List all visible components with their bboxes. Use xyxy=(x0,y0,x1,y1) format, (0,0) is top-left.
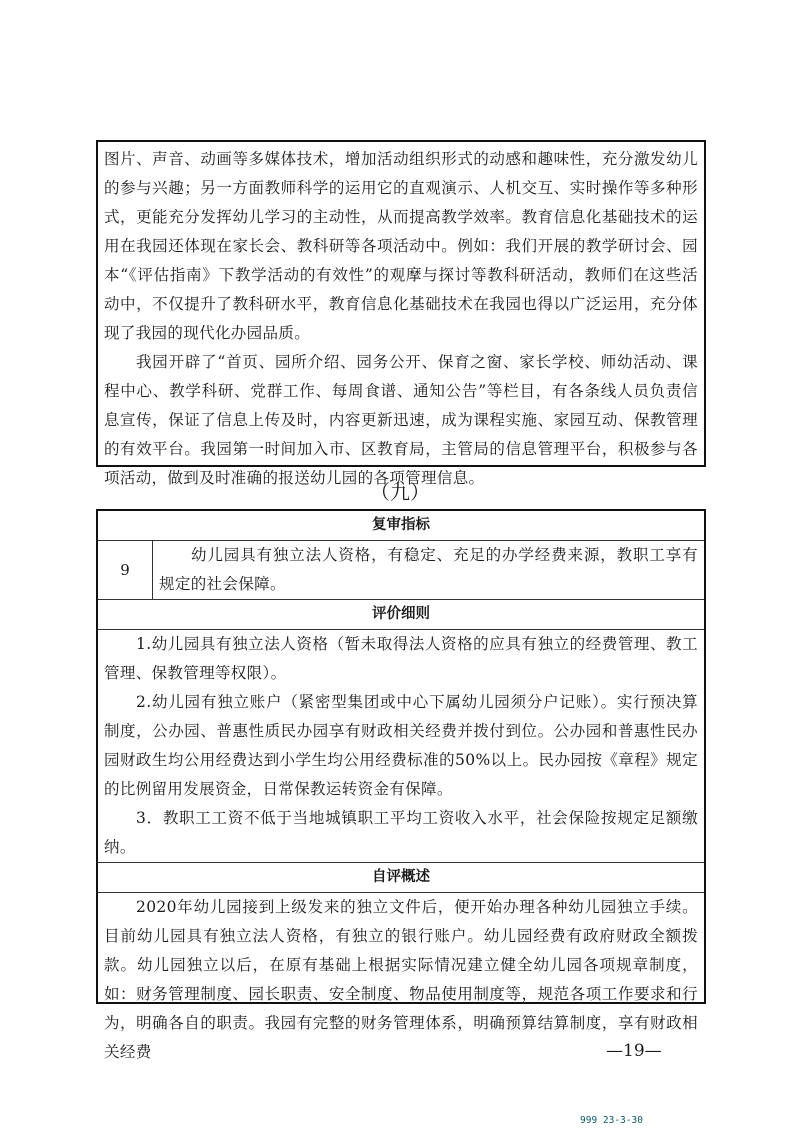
self-evaluation-header: 自评概述 xyxy=(98,863,704,893)
paragraph: 图片、声音、动画等多媒体技术，增加活动组织形式的动感和趣味性，充分激发幼儿的参与… xyxy=(98,145,704,348)
indicator-number: 9 xyxy=(98,541,153,599)
evaluation-details: 1.幼儿园具有独立法人资格（暂未取得法人资格的应具有独立的经费管理、教工管理、保… xyxy=(98,630,704,863)
detail-item: 1.幼儿园具有独立法人资格（暂未取得法人资格的应具有独立的经费管理、教工管理、保… xyxy=(98,630,704,688)
evaluation-details-header: 评价细则 xyxy=(98,600,704,630)
print-stamp: 999 23-3-30 xyxy=(580,1115,643,1126)
indicator-text: 幼儿园具有独立法人资格，有稳定、充足的办学经费来源，教职工享有规定的社会保障。 xyxy=(153,541,704,599)
review-indicator-header: 复审指标 xyxy=(98,511,704,541)
continued-text-box: 图片、声音、动画等多媒体技术，增加活动组织形式的动感和趣味性，充分激发幼儿的参与… xyxy=(96,140,706,467)
detail-item: 2.幼儿园有独立账户（紧密型集团或中心下属幼儿园须分户记账）。实行预决算制度，公… xyxy=(98,688,704,804)
indicator-row: 9 幼儿园具有独立法人资格，有稳定、充足的办学经费来源，教职工享有规定的社会保障… xyxy=(98,541,704,600)
detail-item: 3．教职工工资不低于当地城镇职工平均工资收入水平，社会保险按规定足额缴纳。 xyxy=(98,804,704,862)
page-number: —19— xyxy=(606,1041,662,1061)
section-title: （九） xyxy=(0,476,800,505)
paragraph: 我园开辟了“首页、园所介绍、园务公开、保育之窗、家长学校、师幼活动、课程中心、教… xyxy=(98,348,704,493)
evaluation-table: 复审指标 9 幼儿园具有独立法人资格，有稳定、充足的办学经费来源，教职工享有规定… xyxy=(96,509,706,1004)
